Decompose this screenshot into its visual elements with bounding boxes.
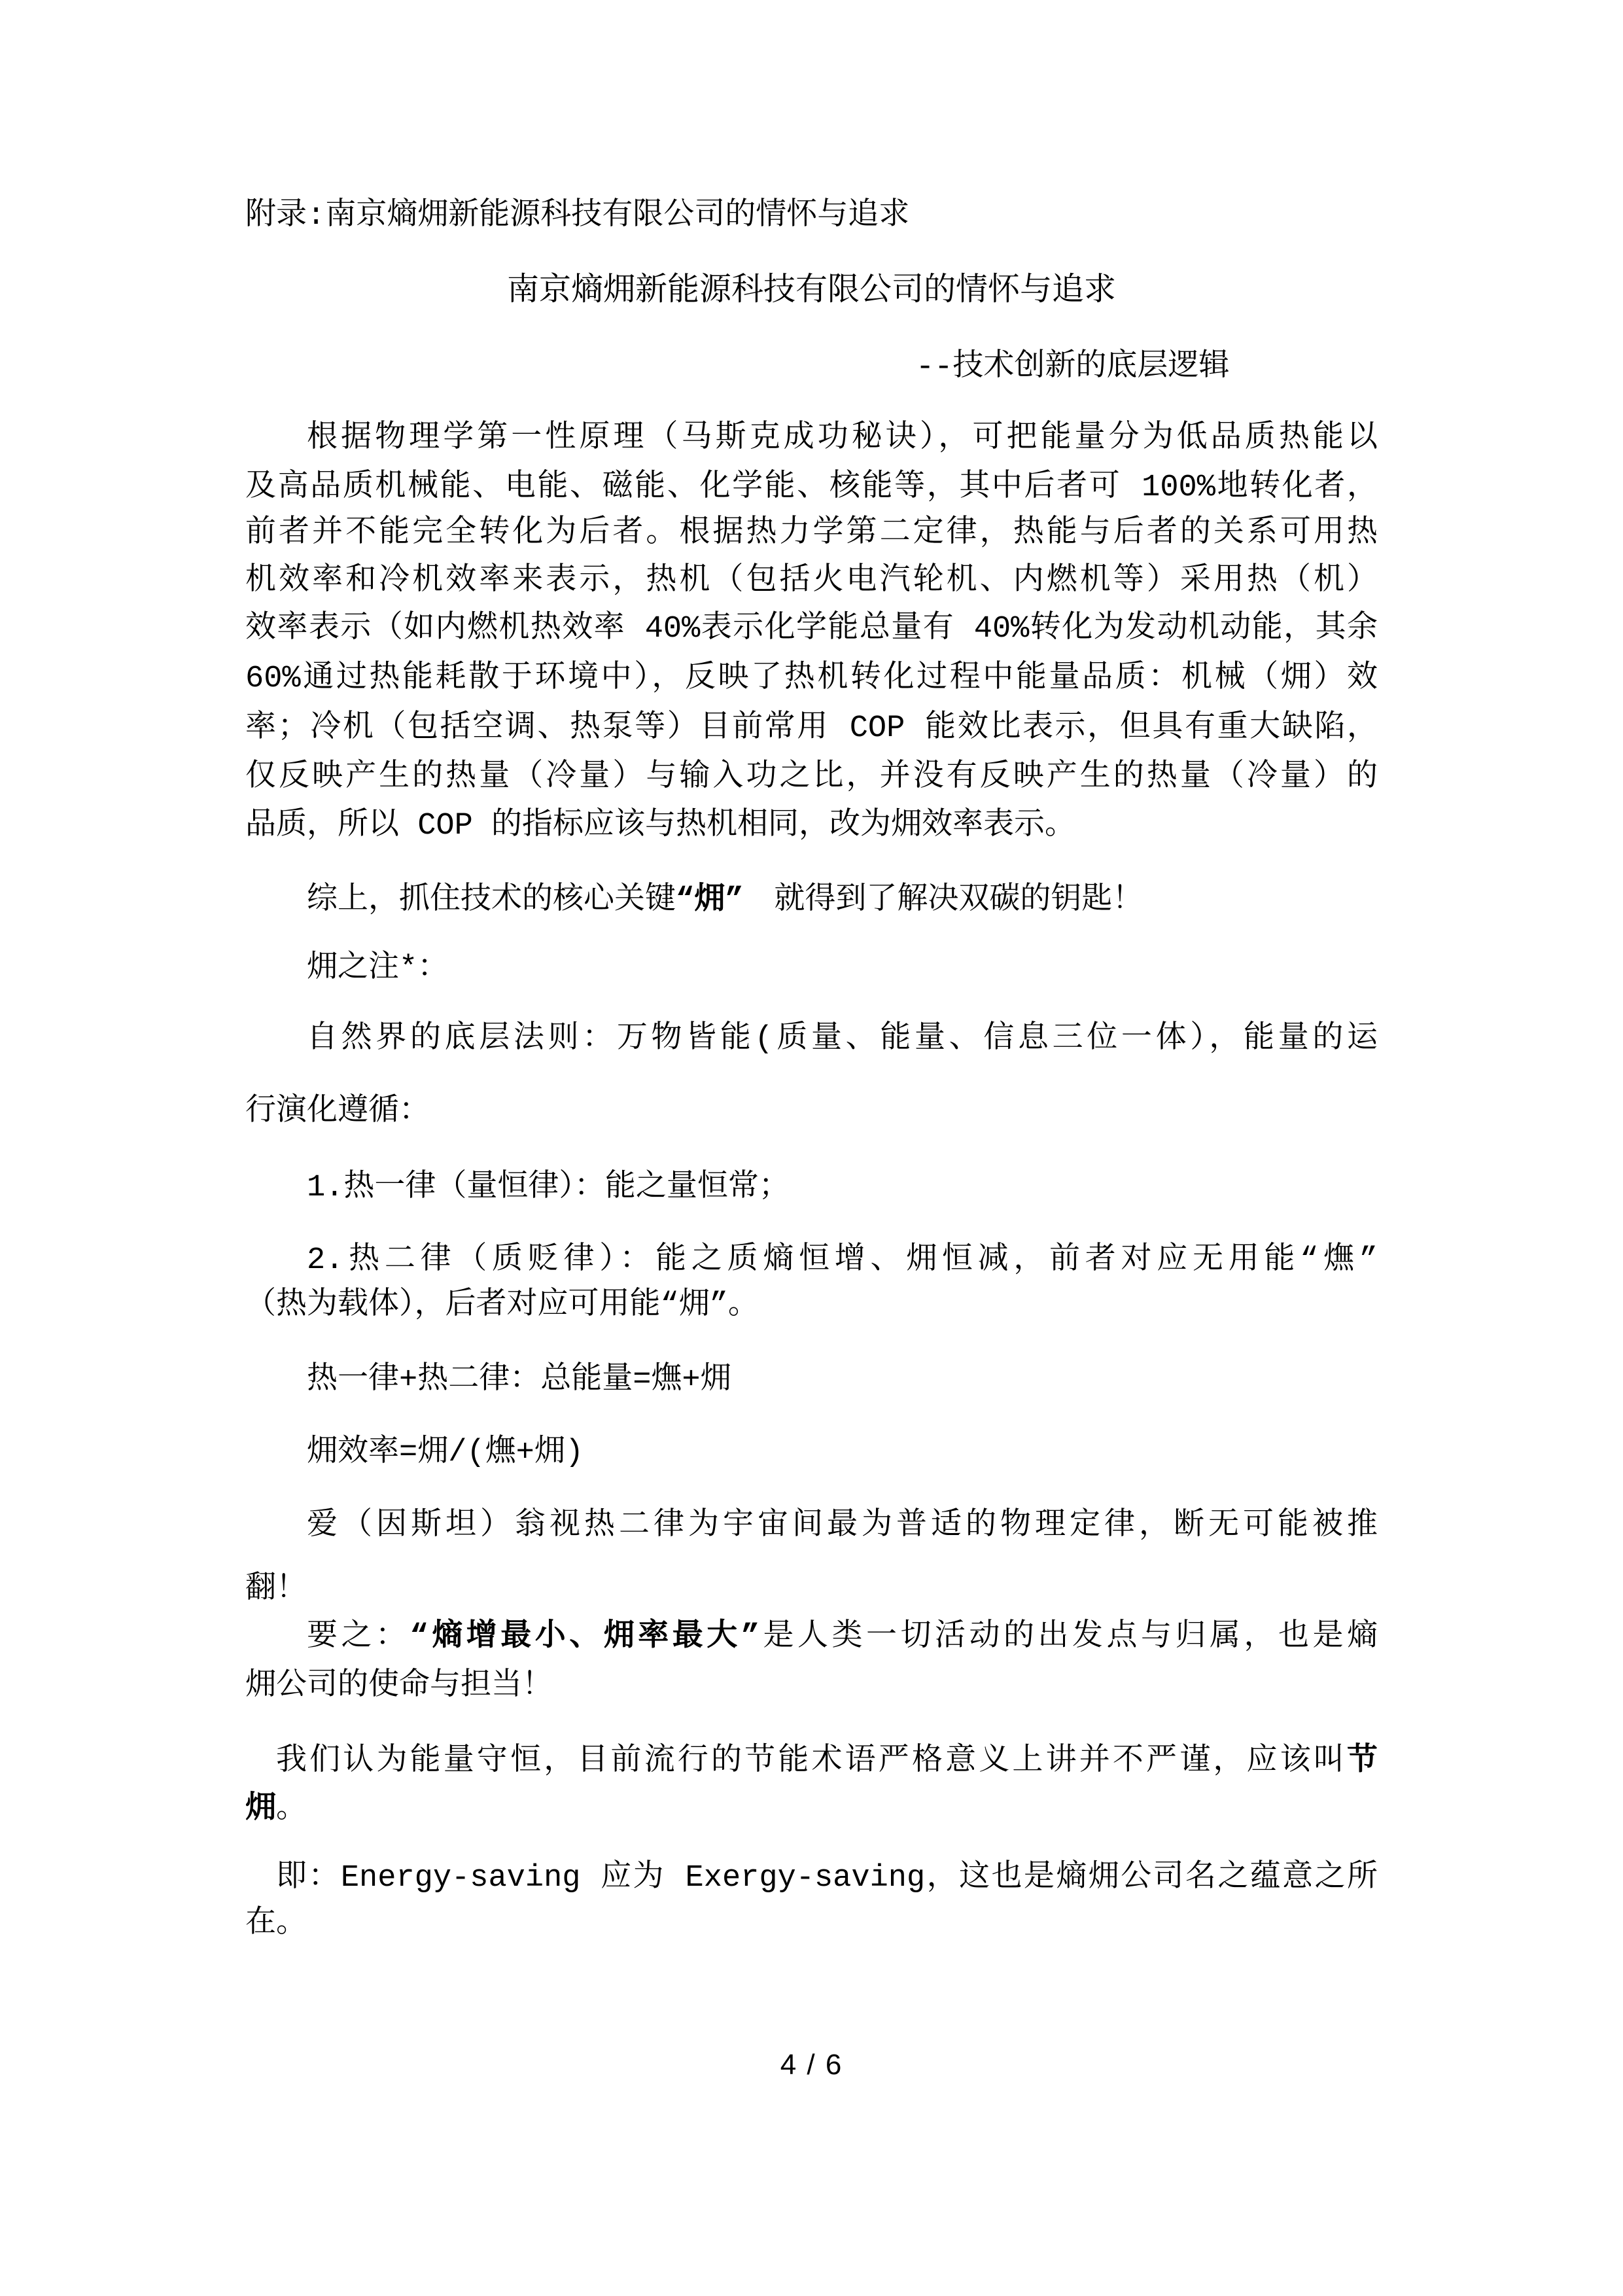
text-run: 机效率和冷机效率来表示，热机（包括火电汽轮机、内燃机等）采用热（机） — [245, 564, 1378, 599]
text-run: 率；冷机（包括空调、热泵等）目前常用 COP 能效比表示，但具有重大缺陷， — [245, 711, 1378, 746]
page-number-indicator: 4 / 6 — [0, 2049, 1623, 2081]
appendix-heading: 附录:南京熵㶲新能源科技有限公司的情怀与追求 — [245, 198, 1378, 234]
text-run: 行演化遵循： — [245, 1095, 430, 1129]
bold-text-run: 㶲 — [245, 1792, 276, 1827]
para1-line1: 根据物理学第一性原理（马斯克成功秘诀），可把能量分为低品质热能以 — [245, 421, 1378, 457]
doc-subtitle: --技术创新的底层逻辑 — [916, 349, 1229, 385]
para12-line2: 在。 — [245, 1906, 1378, 1942]
para11-line1: 我们认为能量守恒，目前流行的节能术语严格意义上讲并不严谨，应该叫节 — [245, 1744, 1378, 1780]
text-run: 附录:南京熵㶲新能源科技有限公司的情怀与追求 — [245, 199, 909, 234]
doc-title: 南京熵㶲新能源科技有限公司的情怀与追求 — [245, 273, 1378, 311]
text-run: 60%通过热能耗散于环境中），反映了热机转化过程中能量品质：机械（㶲）效 — [245, 662, 1378, 696]
text-run: 热一律+热二律：总能量=㷻+㶲 — [307, 1363, 731, 1398]
para11-line2: 㶲。 — [245, 1792, 1378, 1828]
text-run: 2.热二律（质贬律）：能之质熵恒增、㶲恒减，前者对应无用能“㷻” — [307, 1243, 1378, 1278]
text-run: 即：Energy-saving 应为 Exergy-saving，这也是熵㶲公司… — [276, 1861, 1378, 1896]
text-run: 根据物理学第一性原理（马斯克成功秘诀），可把能量分为低品质热能以 — [307, 421, 1378, 456]
bold-text-run: 节 — [1347, 1744, 1378, 1779]
text-run: --技术创新的底层逻辑 — [916, 350, 1229, 385]
text-run: 就得到了解决双碳的钥匙！ — [743, 883, 1143, 918]
text-run: 自然界的底层法则：万物皆能(质量、能量、信息三位一体），能量的运 — [307, 1022, 1378, 1057]
para12-line1: 即：Energy-saving 应为 Exergy-saving，这也是熵㶲公司… — [245, 1860, 1378, 1896]
text-run: 。 — [276, 1792, 307, 1827]
para1-line3: 前者并不能完全转化为后者。根据热力学第二定律，热能与后者的关系可用热 — [245, 516, 1378, 552]
text-run: 㶲之注*： — [307, 951, 448, 986]
para9-line2: 翻！ — [245, 1572, 1378, 1608]
para8-line1: 㶲效率=㶲/(㷻+㶲) — [245, 1435, 1378, 1471]
para1-line5: 效率表示（如内燃机热效率 40%表示化学能总量有 40%转化为发动机动能，其余 — [245, 611, 1378, 647]
para10-line1: 要之：“熵增最小、㶲率最大”是人类一切活动的出发点与归属，也是熵 — [245, 1619, 1378, 1655]
text-run: 我们认为能量守恒，目前流行的节能术语严格意义上讲并不严谨，应该叫 — [276, 1744, 1347, 1779]
para10-line2: 㶲公司的使命与担当！ — [245, 1669, 1378, 1704]
para7-line1: 热一律+热二律：总能量=㷻+㶲 — [245, 1362, 1378, 1398]
para1-line8: 仅反映产生的热量（冷量）与输入功之比，并没有反映产生的热量（冷量）的 — [245, 760, 1378, 796]
text-run: 在。 — [245, 1907, 307, 1941]
para4-line1: 自然界的底层法则：万物皆能(质量、能量、信息三位一体），能量的运 — [245, 1021, 1378, 1057]
text-run: 效率表示（如内燃机热效率 40%表示化学能总量有 40%转化为发动机动能，其余 — [245, 612, 1378, 646]
para1-line2: 及高品质机械能、电能、磁能、化学能、核能等，其中后者可 100%地转化者， — [245, 470, 1378, 506]
para9-line1: 爱（因斯坦）翁视热二律为宇宙间最为普适的物理定律，断无可能被推 — [245, 1508, 1378, 1544]
para6-line1: 2.热二律（质贬律）：能之质熵恒增、㶲恒减，前者对应无用能“㷻” — [245, 1243, 1378, 1279]
para5-line1: 1.热一律（量恒律）：能之量恒常； — [245, 1170, 1378, 1206]
para1-line9: 品质，所以 COP 的指标应该与热机相同，改为㶲效率表示。 — [245, 808, 1378, 844]
para6-line2: （热为载体），后者对应可用能“㶲”。 — [245, 1288, 1378, 1324]
text-run: 要之： — [307, 1620, 410, 1655]
text-run: 1.热一律（量恒律）：能之量恒常； — [307, 1171, 790, 1205]
para3-line1: 㶲之注*： — [245, 951, 1378, 987]
text-run: 前者并不能完全转化为后者。根据热力学第二定律，热能与后者的关系可用热 — [245, 516, 1378, 551]
document-page: 附录:南京熵㶲新能源科技有限公司的情怀与追求南京熵㶲新能源科技有限公司的情怀与追… — [0, 0, 1623, 2296]
text-run: 㶲公司的使命与担当！ — [245, 1669, 553, 1704]
para1-line7: 率；冷机（包括空调、热泵等）目前常用 COP 能效比表示，但具有重大缺陷， — [245, 711, 1378, 747]
text-run: 是人类一切活动的出发点与归属，也是熵 — [759, 1620, 1378, 1655]
text-run: 㶲效率=㶲/(㷻+㶲) — [307, 1436, 584, 1470]
para2-line1: 综上，抓住技术的核心关键“㶲” 就得到了解决双碳的钥匙！ — [245, 883, 1378, 919]
text-run: 品质，所以 COP 的指标应该与热机相同，改为㶲效率表示。 — [245, 809, 1075, 843]
bold-text-run: “熵增最小、㶲率最大” — [410, 1620, 759, 1655]
text-run: 翻！ — [245, 1572, 307, 1607]
text-run: 爱（因斯坦）翁视热二律为宇宙间最为普适的物理定律，断无可能被推 — [307, 1509, 1378, 1544]
text-run: （热为载体），后者对应可用能“㶲”。 — [245, 1288, 759, 1323]
bold-text-run: “㶲” — [676, 883, 743, 918]
text-run: 仅反映产生的热量（冷量）与输入功之比，并没有反映产生的热量（冷量）的 — [245, 760, 1378, 795]
para1-line6: 60%通过热能耗散于环境中），反映了热机转化过程中能量品质：机械（㶲）效 — [245, 661, 1378, 697]
para4-line2: 行演化遵循： — [245, 1094, 1378, 1130]
text-run: 及高品质机械能、电能、磁能、化学能、核能等，其中后者可 100%地转化者， — [245, 470, 1378, 505]
para1-line4: 机效率和冷机效率来表示，热机（包括火电汽轮机、内燃机等）采用热（机） — [245, 563, 1378, 599]
text-run: 综上，抓住技术的核心关键 — [307, 883, 676, 918]
text-run: 南京熵㶲新能源科技有限公司的情怀与追求 — [507, 273, 1116, 309]
